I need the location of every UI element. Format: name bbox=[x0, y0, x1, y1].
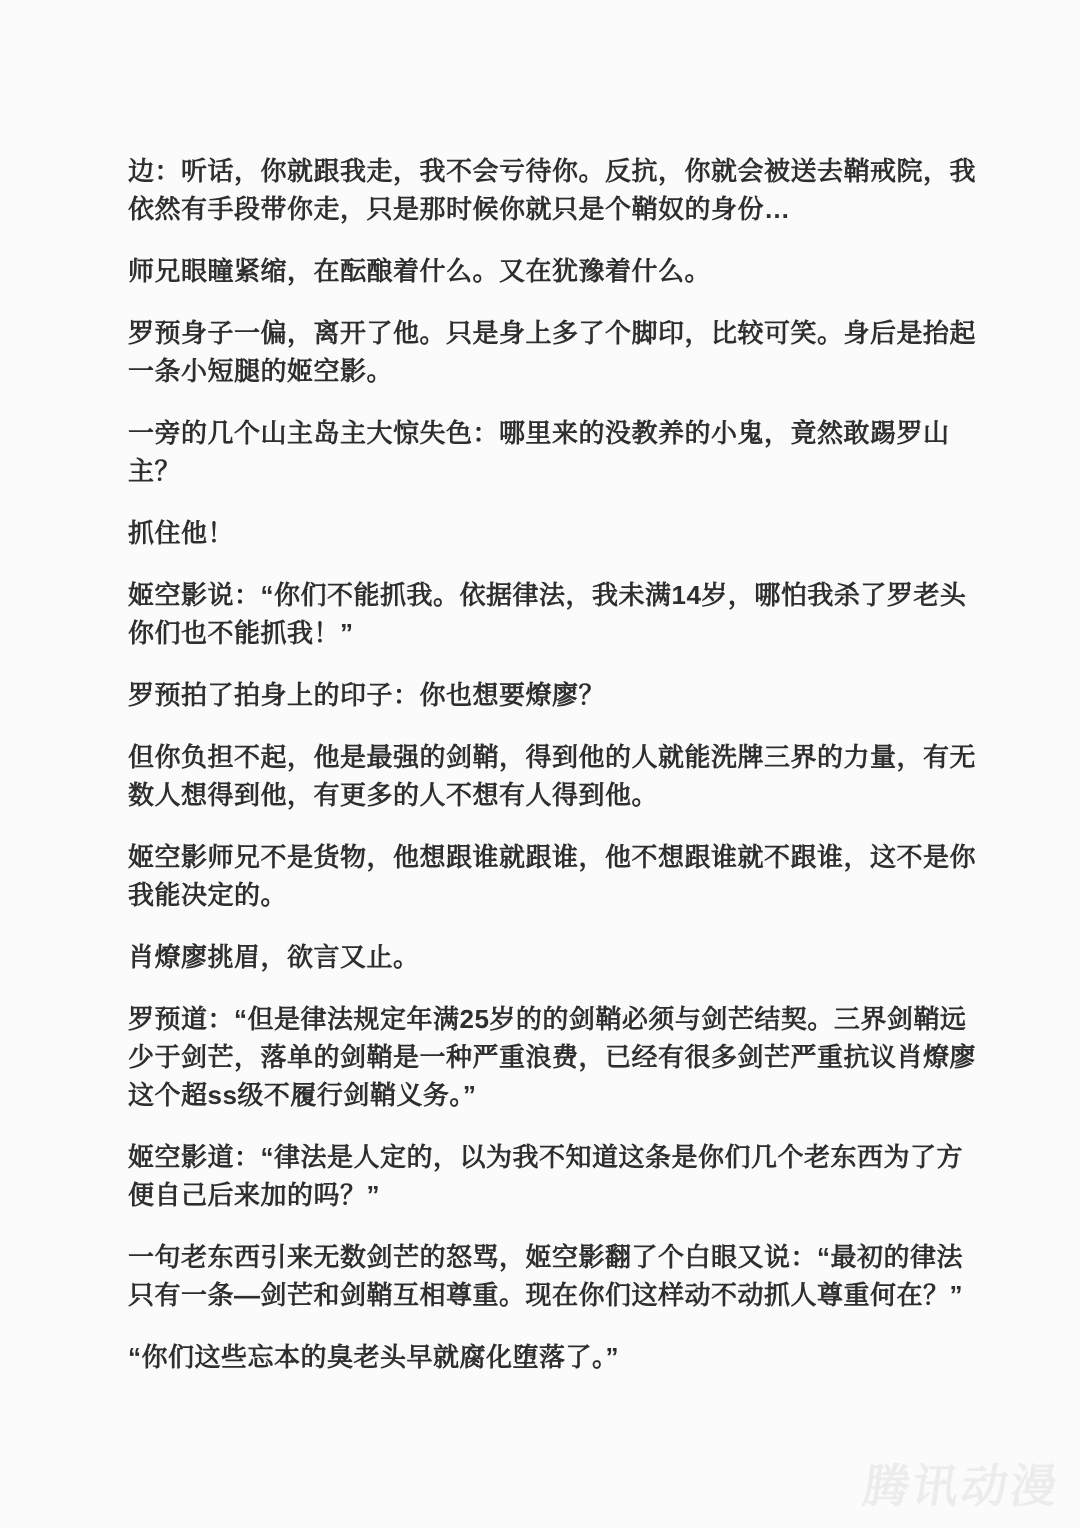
story-paragraph: 罗预道：“但是律法规定年满25岁的的剑鞘必须与剑芒结契。三界剑鞘远少于剑芒，落单… bbox=[128, 1000, 988, 1114]
story-paragraph: 罗预身子一偏，离开了他。只是身上多了个脚印，比较可笑。身后是抬起一条小短腿的姬空… bbox=[128, 314, 988, 390]
story-paragraph: 一旁的几个山主岛主大惊失色：哪里来的没教养的小鬼，竟然敢踢罗山主？ bbox=[128, 414, 988, 490]
story-paragraph: 边：听话，你就跟我走，我不会亏待你。反抗，你就会被送去鞘戒院，我依然有手段带你走… bbox=[128, 152, 988, 228]
story-paragraph: 姬空影说：“你们不能抓我。依据律法，我未满14岁，哪怕我杀了罗老头你们也不能抓我… bbox=[128, 576, 988, 652]
story-paragraph: 罗预拍了拍身上的印子：你也想要燎廖？ bbox=[128, 676, 988, 714]
story-paragraph: “你们这些忘本的臭老头早就腐化堕落了。” bbox=[128, 1338, 988, 1376]
story-paragraph: 一句老东西引来无数剑芒的怒骂，姬空影翻了个白眼又说：“最初的律法只有一条—剑芒和… bbox=[128, 1238, 988, 1314]
story-paragraph: 师兄眼瞳紧缩，在酝酿着什么。又在犹豫着什么。 bbox=[128, 252, 988, 290]
story-paragraph: 肖燎廖挑眉，欲言又止。 bbox=[128, 938, 988, 976]
story-paragraph: 姬空影师兄不是货物，他想跟谁就跟谁，他不想跟谁就不跟谁，这不是你我能决定的。 bbox=[128, 838, 988, 914]
story-paragraph: 姬空影道：“律法是人定的，以为我不知道这条是你们几个老东西为了方便自己后来加的吗… bbox=[128, 1138, 988, 1214]
novel-text-page: 边：听话，你就跟我走，我不会亏待你。反抗，你就会被送去鞘戒院，我依然有手段带你走… bbox=[0, 0, 1080, 1376]
story-paragraph: 但你负担不起，他是最强的剑鞘，得到他的人就能洗牌三界的力量，有无数人想得到他，有… bbox=[128, 738, 988, 814]
tencent-comics-watermark: 腾讯动漫 bbox=[859, 1450, 1064, 1516]
story-paragraph: 抓住他！ bbox=[128, 514, 988, 552]
